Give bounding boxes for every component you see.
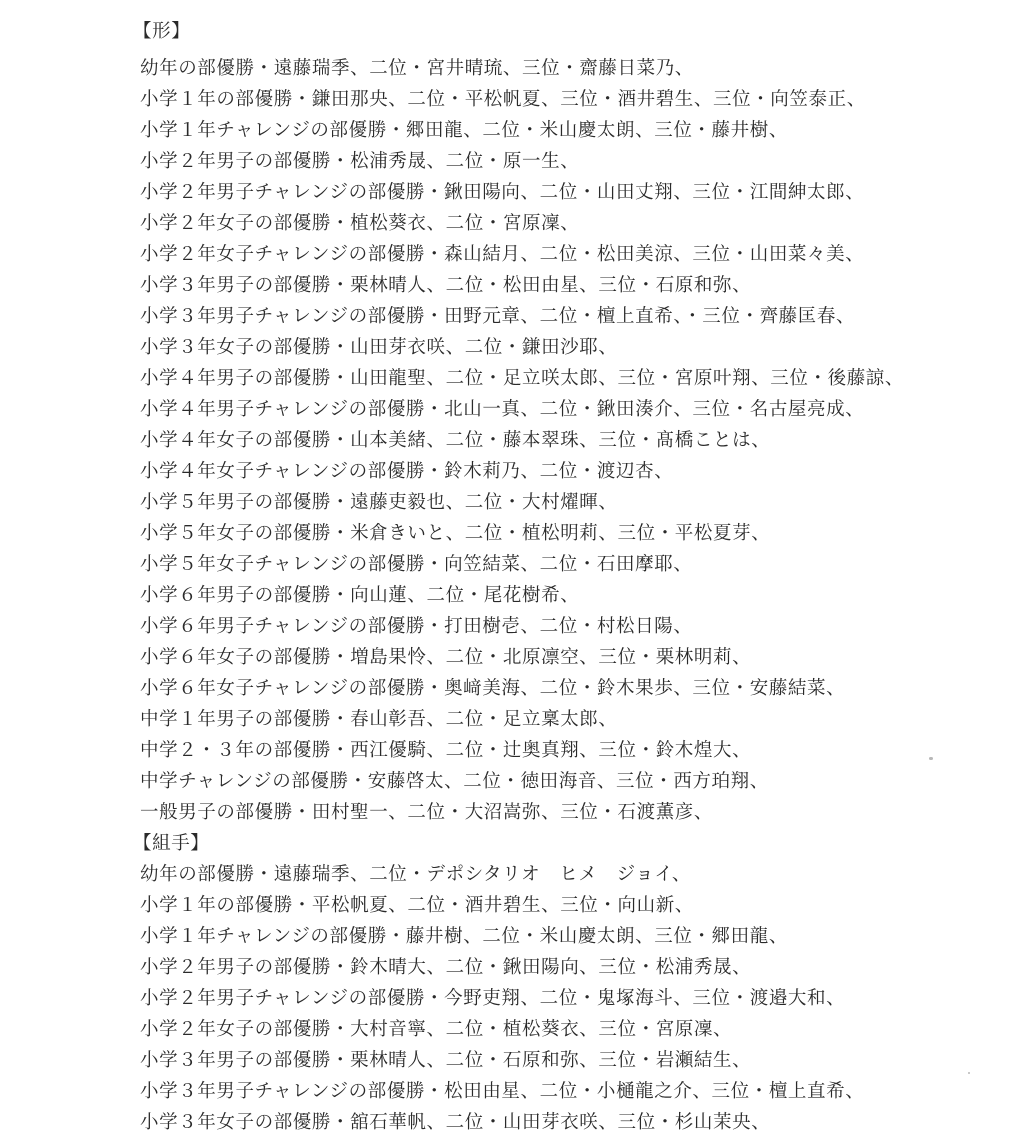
- result-line: 中学チャレンジの部優勝・安藤啓太、二位・徳田海音、三位・西方珀翔、: [140, 766, 769, 797]
- result-line: 小学５年男子の部優勝・遠藤吏毅也、二位・大村燿暉、: [140, 487, 618, 518]
- result-line: 中学２・３年の部優勝・西江優騎、二位・辻奥真翔、三位・鈴木煌大、: [140, 735, 751, 766]
- result-line: 小学３年男子チャレンジの部優勝・田野元章、二位・檀上直希、・三位・齊藤匡春、: [140, 301, 855, 332]
- result-line: 小学３年男子チャレンジの部優勝・松田由星、二位・小樋龍之介、三位・檀上直希、: [140, 1076, 864, 1107]
- result-line: 小学２年女子の部優勝・大村音寧、二位・植松葵衣、三位・宮原凜、: [140, 1014, 732, 1045]
- result-line: 幼年の部優勝・遠藤瑞季、二位・デポシタリオ ヒメ ジョイ、: [140, 859, 691, 890]
- result-line: 小学１年チャレンジの部優勝・郷田龍、二位・米山慶太朗、三位・藤井樹、: [140, 115, 788, 146]
- result-line: 小学４年女子の部優勝・山本美緒、二位・藤本翠珠、三位・髙橋ことは、: [140, 425, 770, 456]
- result-line: 小学６年女子の部優勝・増島果怜、二位・北原凛空、三位・栗林明莉、: [140, 642, 751, 673]
- scan-speck: [968, 1072, 970, 1074]
- scan-speck: [929, 757, 933, 760]
- result-line: 小学４年男子チャレンジの部優勝・北山一真、二位・鍬田湊介、三位・名古屋亮成、: [140, 394, 864, 425]
- result-line: 小学１年の部優勝・鎌田那央、二位・平松帆夏、三位・酒井碧生、三位・向笠泰正、: [140, 84, 866, 115]
- result-line: 小学２年男子チャレンジの部優勝・今野吏翔、二位・鬼塚海斗、三位・渡邉大和、: [140, 983, 845, 1014]
- result-line: 小学２年女子チャレンジの部優勝・森山結月、二位・松田美涼、三位・山田菜々美、: [140, 239, 864, 270]
- result-line: 小学２年男子の部優勝・松浦秀晟、二位・原一生、: [140, 146, 579, 177]
- result-line: 小学５年女子チャレンジの部優勝・向笠結菜、二位・石田摩耶、: [140, 549, 692, 580]
- result-line: 一般男子の部優勝・田村聖一、二位・大沼嵩弥、三位・石渡薫彦、: [140, 797, 713, 828]
- result-line: 小学２年男子チャレンジの部優勝・鍬田陽向、二位・山田丈翔、三位・江間紳太郎、: [140, 177, 864, 208]
- result-line: 小学１年チャレンジの部優勝・藤井樹、二位・米山慶太朗、三位・郷田龍、: [140, 921, 788, 952]
- result-line: 小学４年女子チャレンジの部優勝・鈴木莉乃、二位・渡辺杏、: [140, 456, 673, 487]
- result-line: 小学３年男子の部優勝・栗林晴人、二位・石原和弥、三位・岩瀬結生、: [140, 1045, 751, 1076]
- result-line: 小学１年の部優勝・平松帆夏、二位・酒井碧生、三位・向山新、: [140, 890, 694, 921]
- result-line: 小学６年女子チャレンジの部優勝・奥﨑美海、二位・鈴木果歩、三位・安藤結菜、: [140, 673, 845, 704]
- section-heading-kata: 【形】: [133, 16, 190, 47]
- result-line: 小学５年女子の部優勝・米倉きいと、二位・植松明莉、三位・平松夏芽、: [140, 518, 770, 549]
- result-line: 小学２年男子の部優勝・鈴木晴大、二位・鍬田陽向、三位・松浦秀晟、: [140, 952, 751, 983]
- result-line: 小学６年男子の部優勝・向山蓮、二位・尾花樹希、: [140, 580, 579, 611]
- section-heading-kumite: 【組手】: [133, 828, 209, 859]
- result-line: 小学２年女子の部優勝・植松葵衣、二位・宮原凜、: [140, 208, 579, 239]
- result-line: 小学３年女子の部優勝・山田芽衣咲、二位・鎌田沙耶、: [140, 332, 618, 363]
- result-line: 小学３年女子の部優勝・舘石華帆、二位・山田芽衣咲、三位・杉山茉央、: [140, 1107, 770, 1138]
- scanned-document-page: 【形】 幼年の部優勝・遠藤瑞季、二位・宮井晴琉、三位・齋藤日菜乃、 小学１年の部…: [0, 0, 1024, 1148]
- result-line: 中学１年男子の部優勝・春山彰吾、二位・足立稟太郎、: [140, 704, 618, 735]
- result-line: 小学４年男子の部優勝・山田龍聖、二位・足立咲太郎、三位・宮原叶翔、三位・後藤諒、: [140, 363, 904, 394]
- result-line: 幼年の部優勝・遠藤瑞季、二位・宮井晴琉、三位・齋藤日菜乃、: [140, 53, 694, 84]
- result-line: 小学３年男子の部優勝・栗林晴人、二位・松田由星、三位・石原和弥、: [140, 270, 751, 301]
- result-line: 小学６年男子チャレンジの部優勝・打田樹壱、二位・村松日陽、: [140, 611, 692, 642]
